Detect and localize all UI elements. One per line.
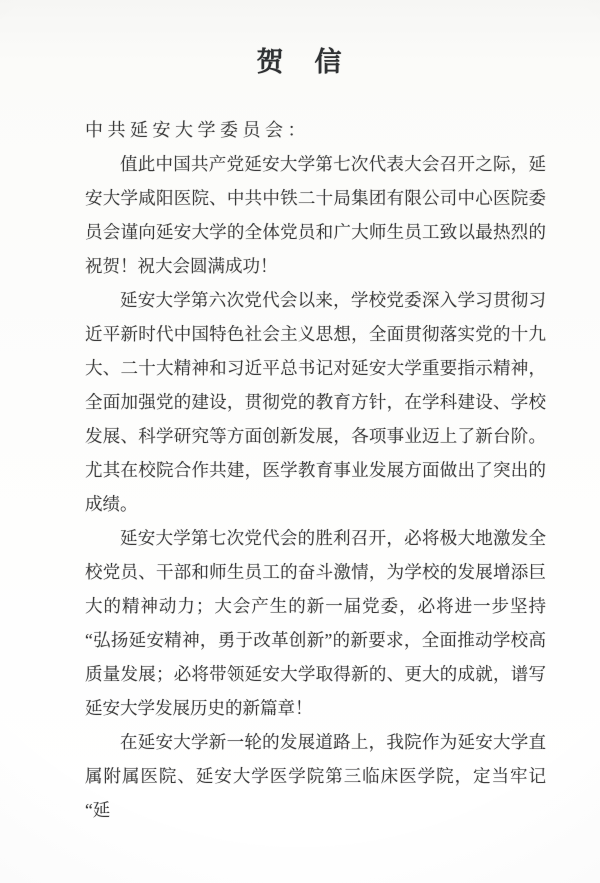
letter-body: 中共延安大学委员会： 值此中国共产党延安大学第七次代表大会召开之际，延安大学咸阳… — [85, 113, 546, 827]
salutation: 中共延安大学委员会： — [85, 113, 546, 147]
letter-page: 贺 信 中共延安大学委员会： 值此中国共产党延安大学第七次代表大会召开之际，延安… — [0, 0, 600, 883]
paragraph-4-truncated: 在延安大学新一轮的发展道路上，我院作为延安大学直属附属医院、延安大学医学院第三临… — [85, 725, 546, 827]
paragraph-1: 值此中国共产党延安大学第七次代表大会召开之际，延安大学咸阳医院、中共中铁二十局集… — [85, 147, 546, 283]
letter-title: 贺 信 — [0, 0, 600, 78]
paragraph-3: 延安大学第七次党代会的胜利召开，必将极大地激发全校党员、干部和师生员工的奋斗激情… — [85, 521, 546, 725]
paragraph-2: 延安大学第六次党代会以来，学校党委深入学习贯彻习近平新时代中国特色社会主义思想，… — [85, 283, 546, 521]
